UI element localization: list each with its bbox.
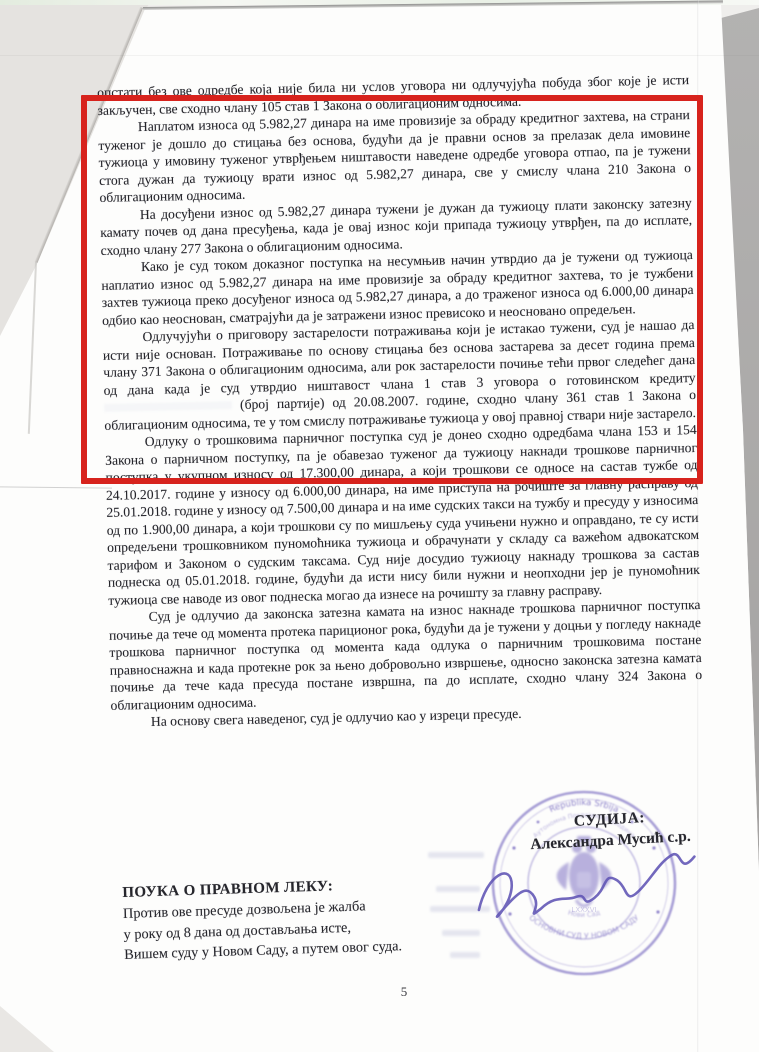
limitations-text-before-redaction: Одлучујући о приговору застарелости потр… [103, 317, 696, 397]
paragraph-unjust-enrichment: Наплатом износа од 5.982,27 динара на им… [98, 106, 692, 206]
paragraph-claim-partially-rejected: Како је суд током доказног поступка на н… [101, 246, 694, 329]
page-number: 5 [384, 984, 424, 1000]
paragraph-interest-on-costs: Суд је одлучио да законска затезна камат… [108, 596, 702, 714]
judge-signature [460, 835, 725, 943]
scanned-court-judgment-page: опстати без ове одредбе која није била н… [0, 0, 759, 1052]
legal-remedy-block: ПОУКА О ПРАВНОМ ЛЕКУ: Против ове пресуде… [122, 871, 484, 966]
faint-horizontal-crease [0, 55, 759, 56]
redacted-credit-number [104, 401, 232, 412]
paragraph-litigation-costs: Одлуку о трошковима парничног поступка с… [105, 421, 701, 609]
judgment-body-text: опстати без ове одредбе која није била н… [97, 71, 703, 731]
paragraph-statute-of-limitations: Одлучујући о приговору застарелости потр… [102, 316, 696, 434]
